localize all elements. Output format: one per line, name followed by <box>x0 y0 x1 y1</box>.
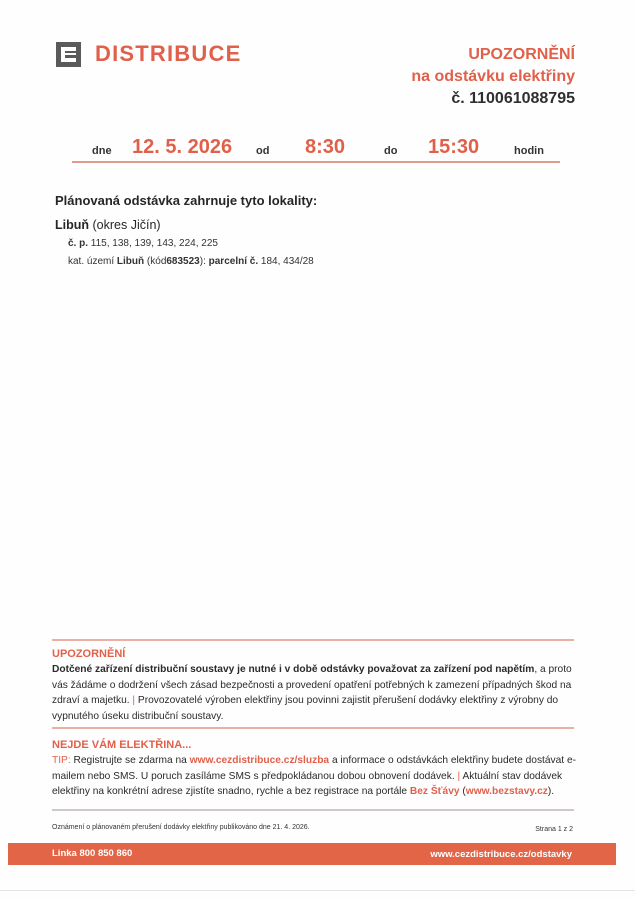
tip-text: TIP: Registrujte se zdarma na www.cezdis… <box>52 753 582 800</box>
outage-notice-page: DISTRIBUCE UPOZORNĚNÍ na odstávku elektř… <box>0 0 635 898</box>
paren-close: ). <box>548 786 554 797</box>
time-from: 8:30 <box>305 136 345 159</box>
schedule-divider <box>72 161 560 163</box>
kat-code: 683523 <box>166 256 199 267</box>
location-place: Libuň <box>55 218 89 232</box>
date-label: dne <box>92 145 112 157</box>
portal-name: Bez Šťávy <box>410 786 460 797</box>
notice-number: č. 110061088795 <box>411 88 575 110</box>
footer-bar: Linka 800 850 860 www.cezdistribuce.cz/o… <box>8 843 616 865</box>
cez-logo-icon <box>56 42 81 67</box>
published-note: Oznámení o plánovaném přerušení dodávky … <box>52 824 310 831</box>
notice-title: UPOZORNĚNÍ <box>411 44 575 66</box>
cadastral-info: kat. území Libuň (kód683523): parcelní č… <box>68 256 314 267</box>
warning-title: UPOZORNĚNÍ <box>52 648 125 660</box>
tip-title: NEJDE VÁM ELEKTŘINA... <box>52 739 191 751</box>
separator: | <box>458 771 461 782</box>
kat-prefix: kat. území <box>68 256 114 267</box>
location-district: (okres Jičín) <box>93 218 161 232</box>
cp-values: 115, 138, 139, 143, 224, 225 <box>91 238 218 249</box>
company-logo: DISTRIBUCE <box>56 41 241 67</box>
outage-date: 12. 5. 2026 <box>132 136 232 159</box>
parcel-values: 184, 434/28 <box>261 256 314 267</box>
registration-link[interactable]: www.cezdistribuce.cz/sluzba <box>190 755 329 766</box>
outage-schedule: dne 12. 5. 2026 od 8:30 do 15:30 hodin <box>72 135 560 161</box>
tip-text-1: Registrujte se zdarma na <box>74 755 187 766</box>
location-name: Libuň (okres Jičín) <box>55 218 161 232</box>
portal-link[interactable]: www.bezstavy.cz <box>466 786 548 797</box>
tip-label: TIP: <box>52 755 71 766</box>
house-numbers: č. p. 115, 138, 139, 143, 224, 225 <box>68 238 218 249</box>
separator: | <box>132 695 135 706</box>
locations-title: Plánovaná odstávka zahrnuje tyto lokalit… <box>55 193 317 208</box>
notice-heading: UPOZORNĚNÍ na odstávku elektřiny č. 1100… <box>411 44 575 110</box>
hours-label: hodin <box>514 145 544 157</box>
warning-bold-text: Dotčené zařízení distribuční soustavy je… <box>52 664 534 675</box>
page-edge <box>0 890 635 891</box>
kat-place: Libuň <box>117 256 144 267</box>
hotline[interactable]: Linka 800 850 860 <box>52 848 132 859</box>
from-label: od <box>256 145 269 157</box>
to-label: do <box>384 145 397 157</box>
time-to: 15:30 <box>428 136 479 159</box>
notice-subtitle: na odstávku elektřiny <box>411 66 575 88</box>
website-link[interactable]: www.cezdistribuce.cz/odstavky <box>430 849 572 860</box>
tip-divider <box>52 727 574 729</box>
parcel-label: parcelní č. <box>209 256 258 267</box>
footer-divider <box>52 809 574 811</box>
kat-code-prefix: (kód <box>147 256 166 267</box>
warning-text: Dotčené zařízení distribuční soustavy je… <box>52 662 582 724</box>
kat-code-suffix: ): <box>200 256 206 267</box>
page-number: Strana 1 z 2 <box>535 826 573 833</box>
cp-label: č. p. <box>68 238 88 249</box>
warning-divider <box>52 639 574 641</box>
logo-text: DISTRIBUCE <box>95 41 241 67</box>
